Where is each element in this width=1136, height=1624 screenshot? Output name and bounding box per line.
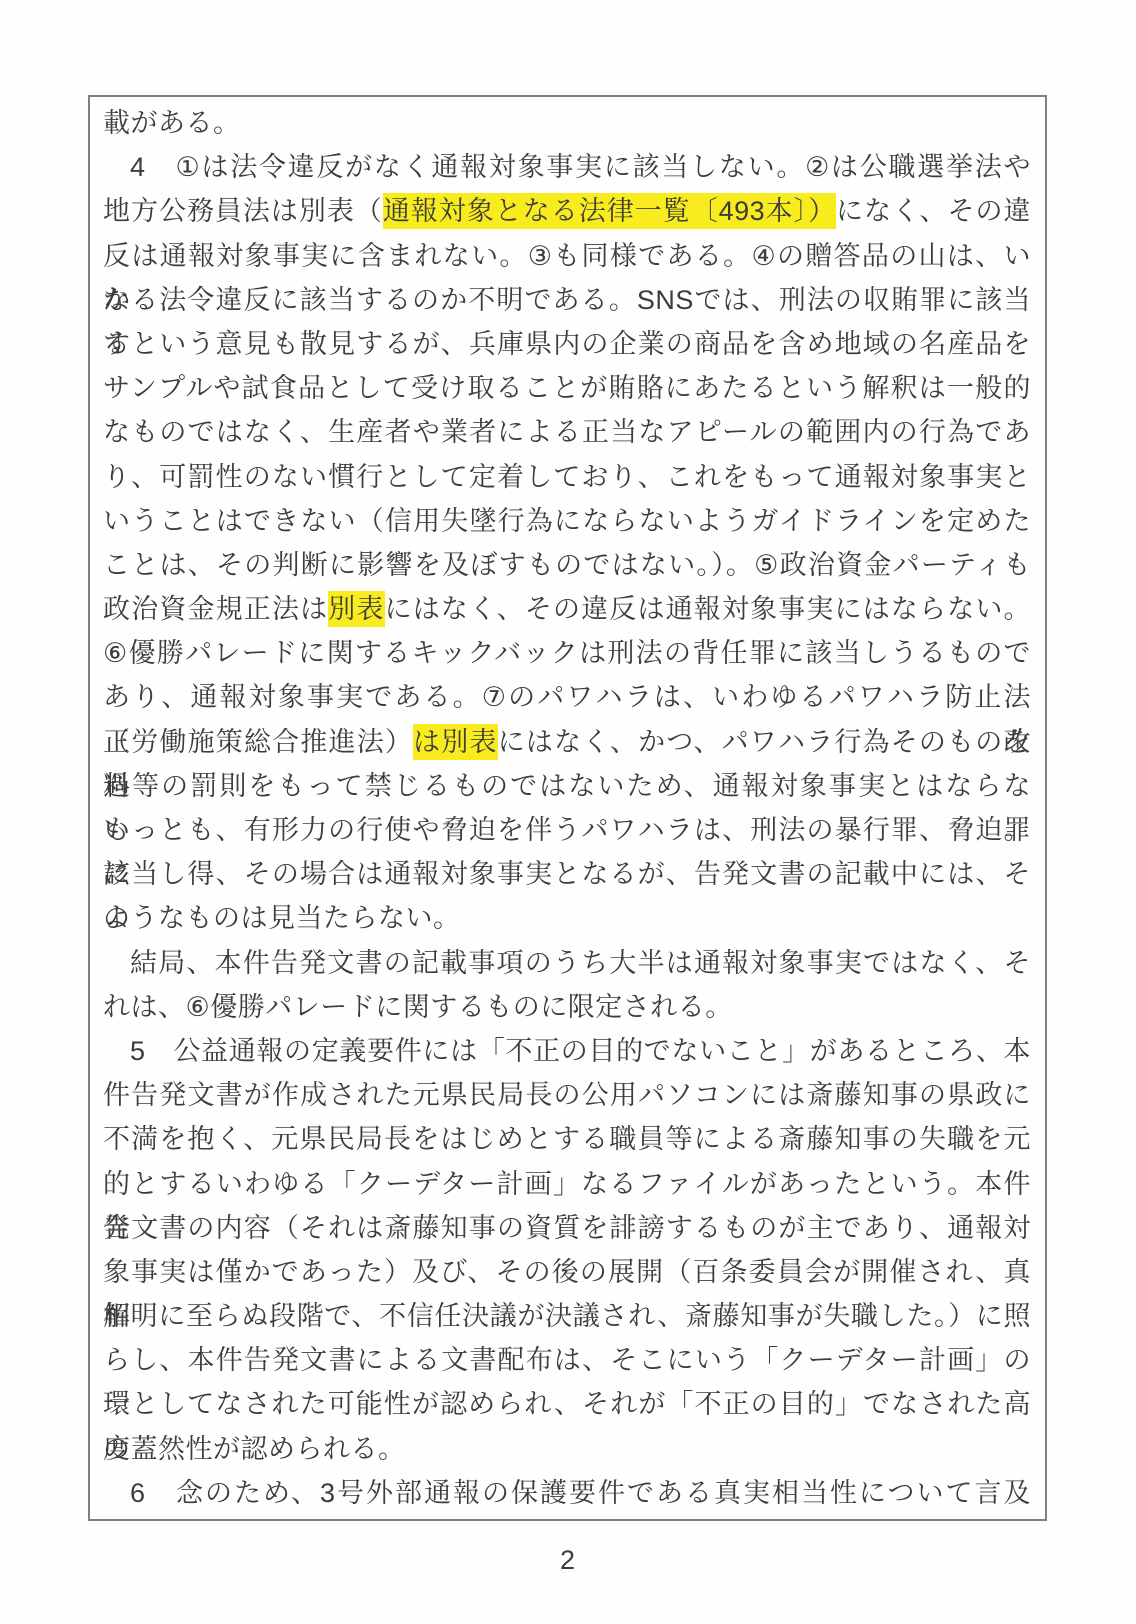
text-segment: にはなく、その違反は通報対象事実にはならない。 bbox=[385, 594, 1031, 624]
text-segment: 載がある。 bbox=[103, 108, 241, 138]
text-segment: いうことはできない（信用失墜行為にならないようガイドラインを定めた bbox=[103, 506, 1031, 536]
text-line: 5 公益通報の定義要件には「不正の目的でないこと」があるところ、本 bbox=[103, 1029, 1031, 1073]
highlighted-text: 通報対象となる法律一覧〔493本〕） bbox=[383, 193, 836, 229]
text-line: 解明に至らぬ段階で、不信任決議が決議され、斎藤知事が失職した。）に照 bbox=[103, 1294, 1031, 1338]
text-line: あり、通報対象事実である。⑦のパワハラは、いわゆるパワハラ防止法（改 bbox=[103, 675, 1031, 719]
text-line: 発文書の内容（それは斎藤知事の資質を誹謗するものが主であり、通報対 bbox=[103, 1206, 1031, 1250]
text-segment: なものではなく、生産者や業者による正当なアピールの範囲内の行為であ bbox=[103, 417, 1031, 447]
text-line: いうことはできない（信用失墜行為にならないようガイドラインを定めた bbox=[103, 499, 1031, 543]
text-segment: 6 念のため、3号外部通報の保護要件である真実相当性について言及 bbox=[130, 1478, 1031, 1508]
text-line: もっとも、有形力の行使や脅迫を伴うパワハラは、刑法の暴行罪、脅迫罪に bbox=[103, 808, 1031, 852]
text-line: 環としてなされた可能性が認められ、それが「不正の目的」でなされた高度 bbox=[103, 1382, 1031, 1426]
text-segment: 4 ①は法令違反がなく通報対象事実に該当しない。②は公職選挙法や bbox=[130, 152, 1031, 182]
text-line: 件告発文書が作成された元県民局長の公用パソコンには斎藤知事の県政に bbox=[103, 1073, 1031, 1117]
text-line: ⑥優勝パレードに関するキックバックは刑法の背任罪に該当しうるもので bbox=[103, 631, 1031, 675]
text-segment: ⑥優勝パレードに関するキックバックは刑法の背任罪に該当しうるもので bbox=[103, 638, 1031, 668]
text-segment: 正労働施策総合推進法） bbox=[103, 727, 413, 757]
text-segment: 解明に至らぬ段階で、不信任決議が決議され、斎藤知事が失職した。）に照 bbox=[103, 1301, 1031, 1331]
text-line: 的とするいわゆる「クーデター計画」なるファイルがあったという。本件告 bbox=[103, 1162, 1031, 1206]
text-segment: 件告発文書が作成された元県民局長の公用パソコンには斎藤知事の県政に bbox=[103, 1080, 1031, 1110]
text-segment: 発文書の内容（それは斎藤知事の資質を誹謗するものが主であり、通報対 bbox=[103, 1213, 1031, 1243]
highlighted-text: 別表 bbox=[328, 591, 384, 627]
text-line: ようなものは見当たらない。 bbox=[103, 896, 1031, 940]
text-line: れは、⑥優勝パレードに関するものに限定される。 bbox=[103, 985, 1031, 1029]
text-line: 正労働施策総合推進法）は別表にはなく、かつ、パワハラ行為そのものを過 bbox=[103, 720, 1031, 764]
text-line: 不満を抱く、元県民局長をはじめとする職員等による斎藤知事の失職を元 bbox=[103, 1117, 1031, 1161]
text-segment: 地方公務員法は別表（ bbox=[103, 196, 383, 226]
text-segment: ようなものは見当たらない。 bbox=[103, 903, 461, 933]
text-segment: 政治資金規正法は bbox=[103, 594, 328, 624]
text-line: なる法令違反に該当するのか不明である。SNSでは、刑法の収賄罪に該当す bbox=[103, 278, 1031, 322]
text-line: るという意見も散見するが、兵庫県内の企業の商品を含め地域の名産品を bbox=[103, 322, 1031, 366]
text-line: サンプルや試食品として受け取ることが賄賂にあたるという解釈は一般的 bbox=[103, 366, 1031, 410]
text-segment: 結局、本件告発文書の記載事項のうち大半は通報対象事実ではなく、そ bbox=[130, 948, 1031, 978]
document-page: 載がある。4 ①は法令違反がなく通報対象事実に該当しない。②は公職選挙法や地方公… bbox=[0, 0, 1136, 1624]
text-line: 象事実は僅かであった）及び、その後の展開（百条委員会が開催され、真相 bbox=[103, 1250, 1031, 1294]
text-segment: サンプルや試食品として受け取ることが賄賂にあたるという解釈は一般的 bbox=[103, 373, 1031, 403]
text-line: 料等の罰則をもって禁じるものではないため、通報対象事実とはならない。 bbox=[103, 764, 1031, 808]
text-segment: 5 公益通報の定義要件には「不正の目的でないこと」があるところ、本 bbox=[130, 1036, 1031, 1066]
text-segment: 不満を抱く、元県民局長をはじめとする職員等による斎藤知事の失職を元 bbox=[103, 1124, 1031, 1154]
text-line: 結局、本件告発文書の記載事項のうち大半は通報対象事実ではなく、そ bbox=[103, 941, 1031, 985]
text-segment: ことは、その判断に影響を及ぼすものではない。）。⑤政治資金パーティも bbox=[103, 550, 1031, 580]
text-line: 地方公務員法は別表（通報対象となる法律一覧〔493本〕）になく、その違 bbox=[103, 189, 1031, 233]
text-segment: るという意見も散見するが、兵庫県内の企業の商品を含め地域の名産品を bbox=[103, 329, 1031, 359]
text-segment: の蓋然性が認められる。 bbox=[103, 1434, 406, 1464]
text-line: 政治資金規正法は別表にはなく、その違反は通報対象事実にはならない。 bbox=[103, 587, 1031, 631]
text-segment: になく、その違 bbox=[836, 196, 1031, 226]
text-line: なものではなく、生産者や業者による正当なアピールの範囲内の行為であ bbox=[103, 410, 1031, 454]
text-frame: 載がある。4 ①は法令違反がなく通報対象事実に該当しない。②は公職選挙法や地方公… bbox=[88, 95, 1047, 1521]
text-line: り、可罰性のない慣行として定着しており、これをもって通報対象事実と bbox=[103, 455, 1031, 499]
text-segment: り、可罰性のない慣行として定着しており、これをもって通報対象事実と bbox=[103, 462, 1031, 492]
text-line: 載がある。 bbox=[103, 101, 1031, 145]
text-line: 6 念のため、3号外部通報の保護要件である真実相当性について言及 bbox=[103, 1471, 1031, 1515]
text-line: 反は通報対象事実に含まれない。③も同様である。④の贈答品の山は、いか bbox=[103, 234, 1031, 278]
text-line: 該当し得、その場合は通報対象事実となるが、告発文書の記載中には、その bbox=[103, 852, 1031, 896]
text-line: 4 ①は法令違反がなく通報対象事実に該当しない。②は公職選挙法や bbox=[103, 145, 1031, 189]
text-line: ことは、その判断に影響を及ぼすものではない。）。⑤政治資金パーティも bbox=[103, 543, 1031, 587]
text-line: らし、本件告発文書による文書配布は、そこにいう「クーデター計画」の一 bbox=[103, 1338, 1031, 1382]
highlighted-text: は別表 bbox=[413, 724, 498, 760]
page-number: 2 bbox=[88, 1545, 1047, 1576]
text-line: の蓋然性が認められる。 bbox=[103, 1427, 1031, 1471]
text-segment: れは、⑥優勝パレードに関するものに限定される。 bbox=[103, 992, 733, 1022]
